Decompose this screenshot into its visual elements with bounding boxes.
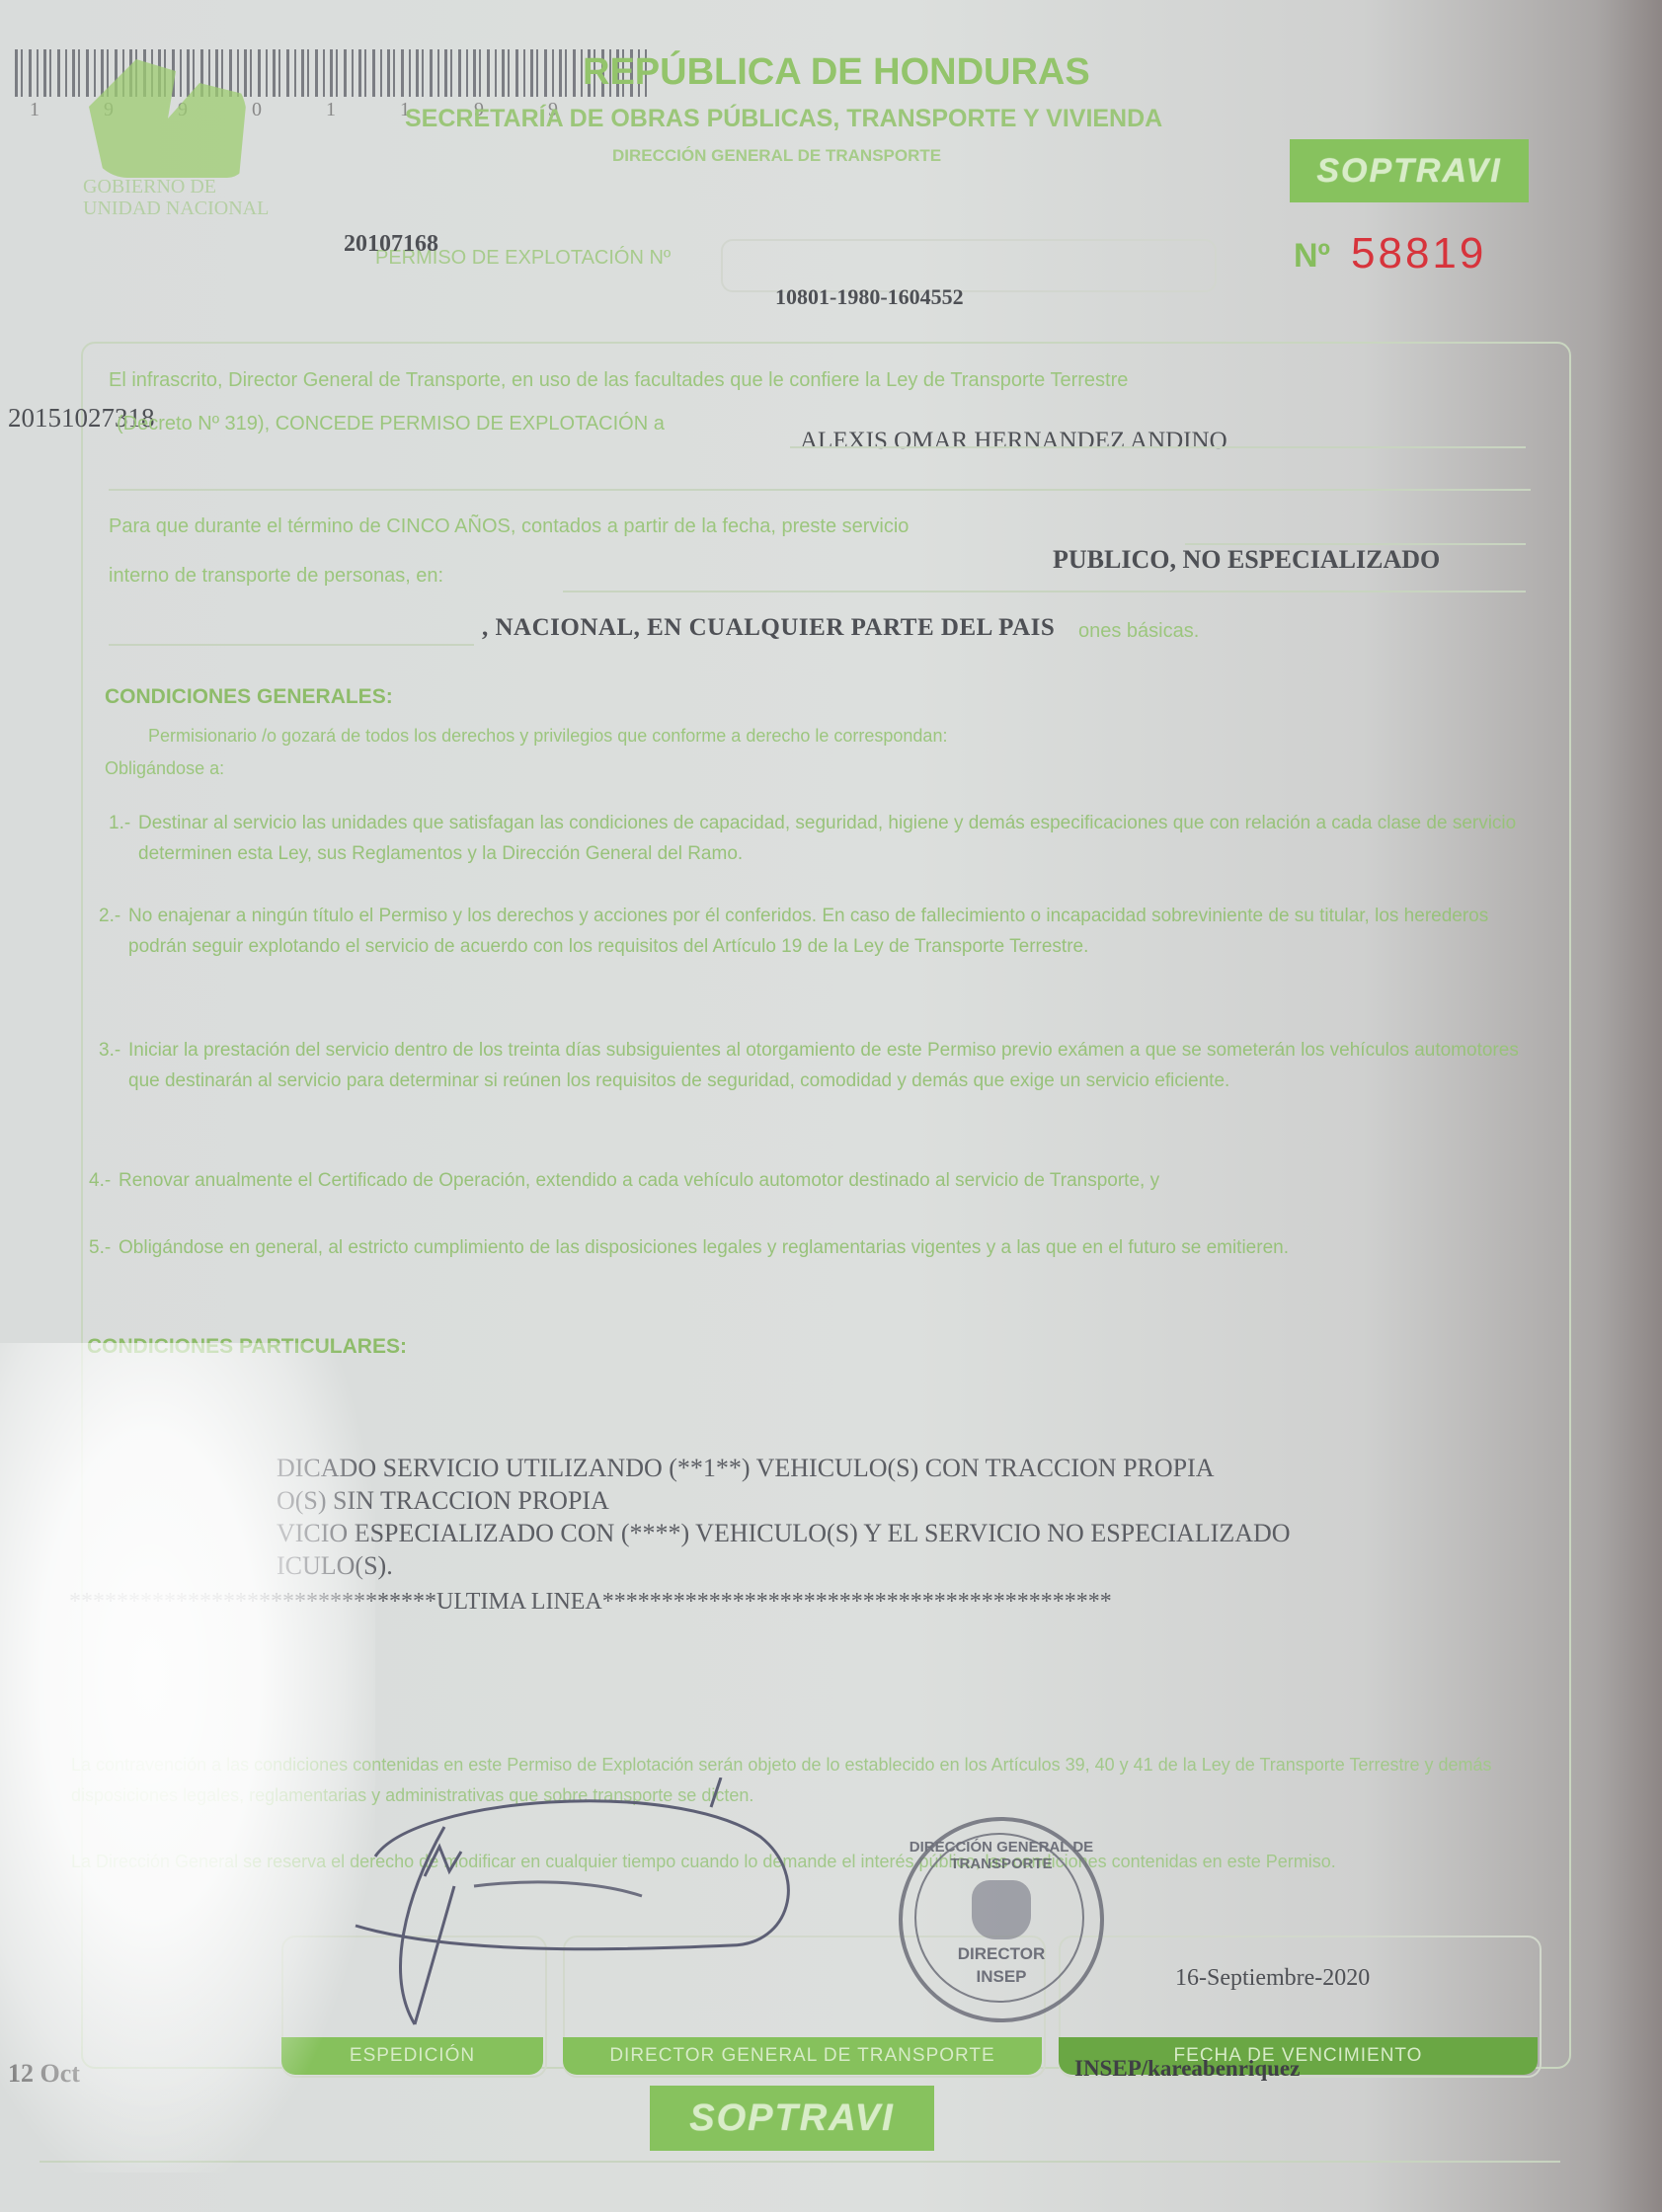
transport-line: interno de transporte de personas, en: <box>109 561 443 591</box>
permit-id: 10801-1980-1604552 <box>775 284 964 310</box>
service-scope: , NACIONAL, EN CUALQUIER PARTE DEL PAIS <box>482 614 1055 642</box>
grantee-name: ALEXIS OMAR HERNANDEZ ANDINO <box>800 428 1227 455</box>
particular-line: VICIO ESPECIALIZADO CON (****) VEHICULO(… <box>277 1517 1291 1549</box>
director-stamp-icon: DIRECCIÓN GENERAL DE TRANSPORTE DIRECTOR… <box>899 1817 1104 2022</box>
obliging-label: Obligándose a: <box>105 753 224 783</box>
document-number: 58819 <box>1351 229 1486 278</box>
service-underline <box>563 591 1526 592</box>
soptravi-footer-logo: SOPTRAVI <box>650 2086 934 2151</box>
expiry-date: 16-Septiembre-2020 <box>1175 1965 1370 1992</box>
term-line: Para que durante el término de CINCO AÑO… <box>109 512 909 541</box>
scope-underline <box>109 644 474 646</box>
signature-icon <box>296 1777 849 2054</box>
country-title: REPÚBLICA DE HONDURAS <box>583 51 1090 94</box>
intro-line-1: El infrascrito, Director General de Tran… <box>109 365 1128 395</box>
service-type: PUBLICO, NO ESPECIALIZADO <box>1053 545 1440 575</box>
coat-of-arms-icon <box>972 1880 1031 1939</box>
number-label: Nº <box>1294 237 1330 276</box>
directorate-title: DIRECCIÓN GENERAL DE TRANSPORTE <box>612 146 941 166</box>
blank-line <box>109 489 1531 491</box>
scope-suffix: ones básicas. <box>1078 616 1199 646</box>
condition-item: 4.-Renovar anualmente el Certificado de … <box>119 1165 1541 1196</box>
grantee-underline <box>790 446 1526 448</box>
soptravi-logo: SOPTRAVI <box>1290 139 1529 202</box>
condition-item: 5.-Obligándose en general, al estricto c… <box>119 1232 1541 1263</box>
particular-line: DICADO SERVICIO UTILIZANDO (**1**) VEHIC… <box>277 1452 1215 1484</box>
photo-glare <box>0 1343 375 2172</box>
permit-code: 20107168 <box>344 231 438 258</box>
condition-item: 3.-Iniciar la prestación del servicio de… <box>128 1035 1541 1096</box>
general-conditions-intro: Permisionario /o gozará de todos los der… <box>148 721 947 750</box>
intro-line-2: (Decreto Nº 319), CONCEDE PERMISO DE EXP… <box>117 409 665 438</box>
operator-id: INSEP/kareabenriquez <box>1074 2056 1300 2082</box>
ministry-title: SECRETARÍA DE OBRAS PÚBLICAS, TRANSPORTE… <box>405 105 1162 133</box>
condition-item: 1.-Destinar al servicio las unidades que… <box>138 808 1541 869</box>
general-conditions-title: CONDICIONES GENERALES: <box>105 685 393 709</box>
government-logo-text: GOBIERNO DE UNIDAD NACIONAL <box>83 176 269 219</box>
condition-item: 2.-No enajenar a ningún título el Permis… <box>128 901 1541 962</box>
